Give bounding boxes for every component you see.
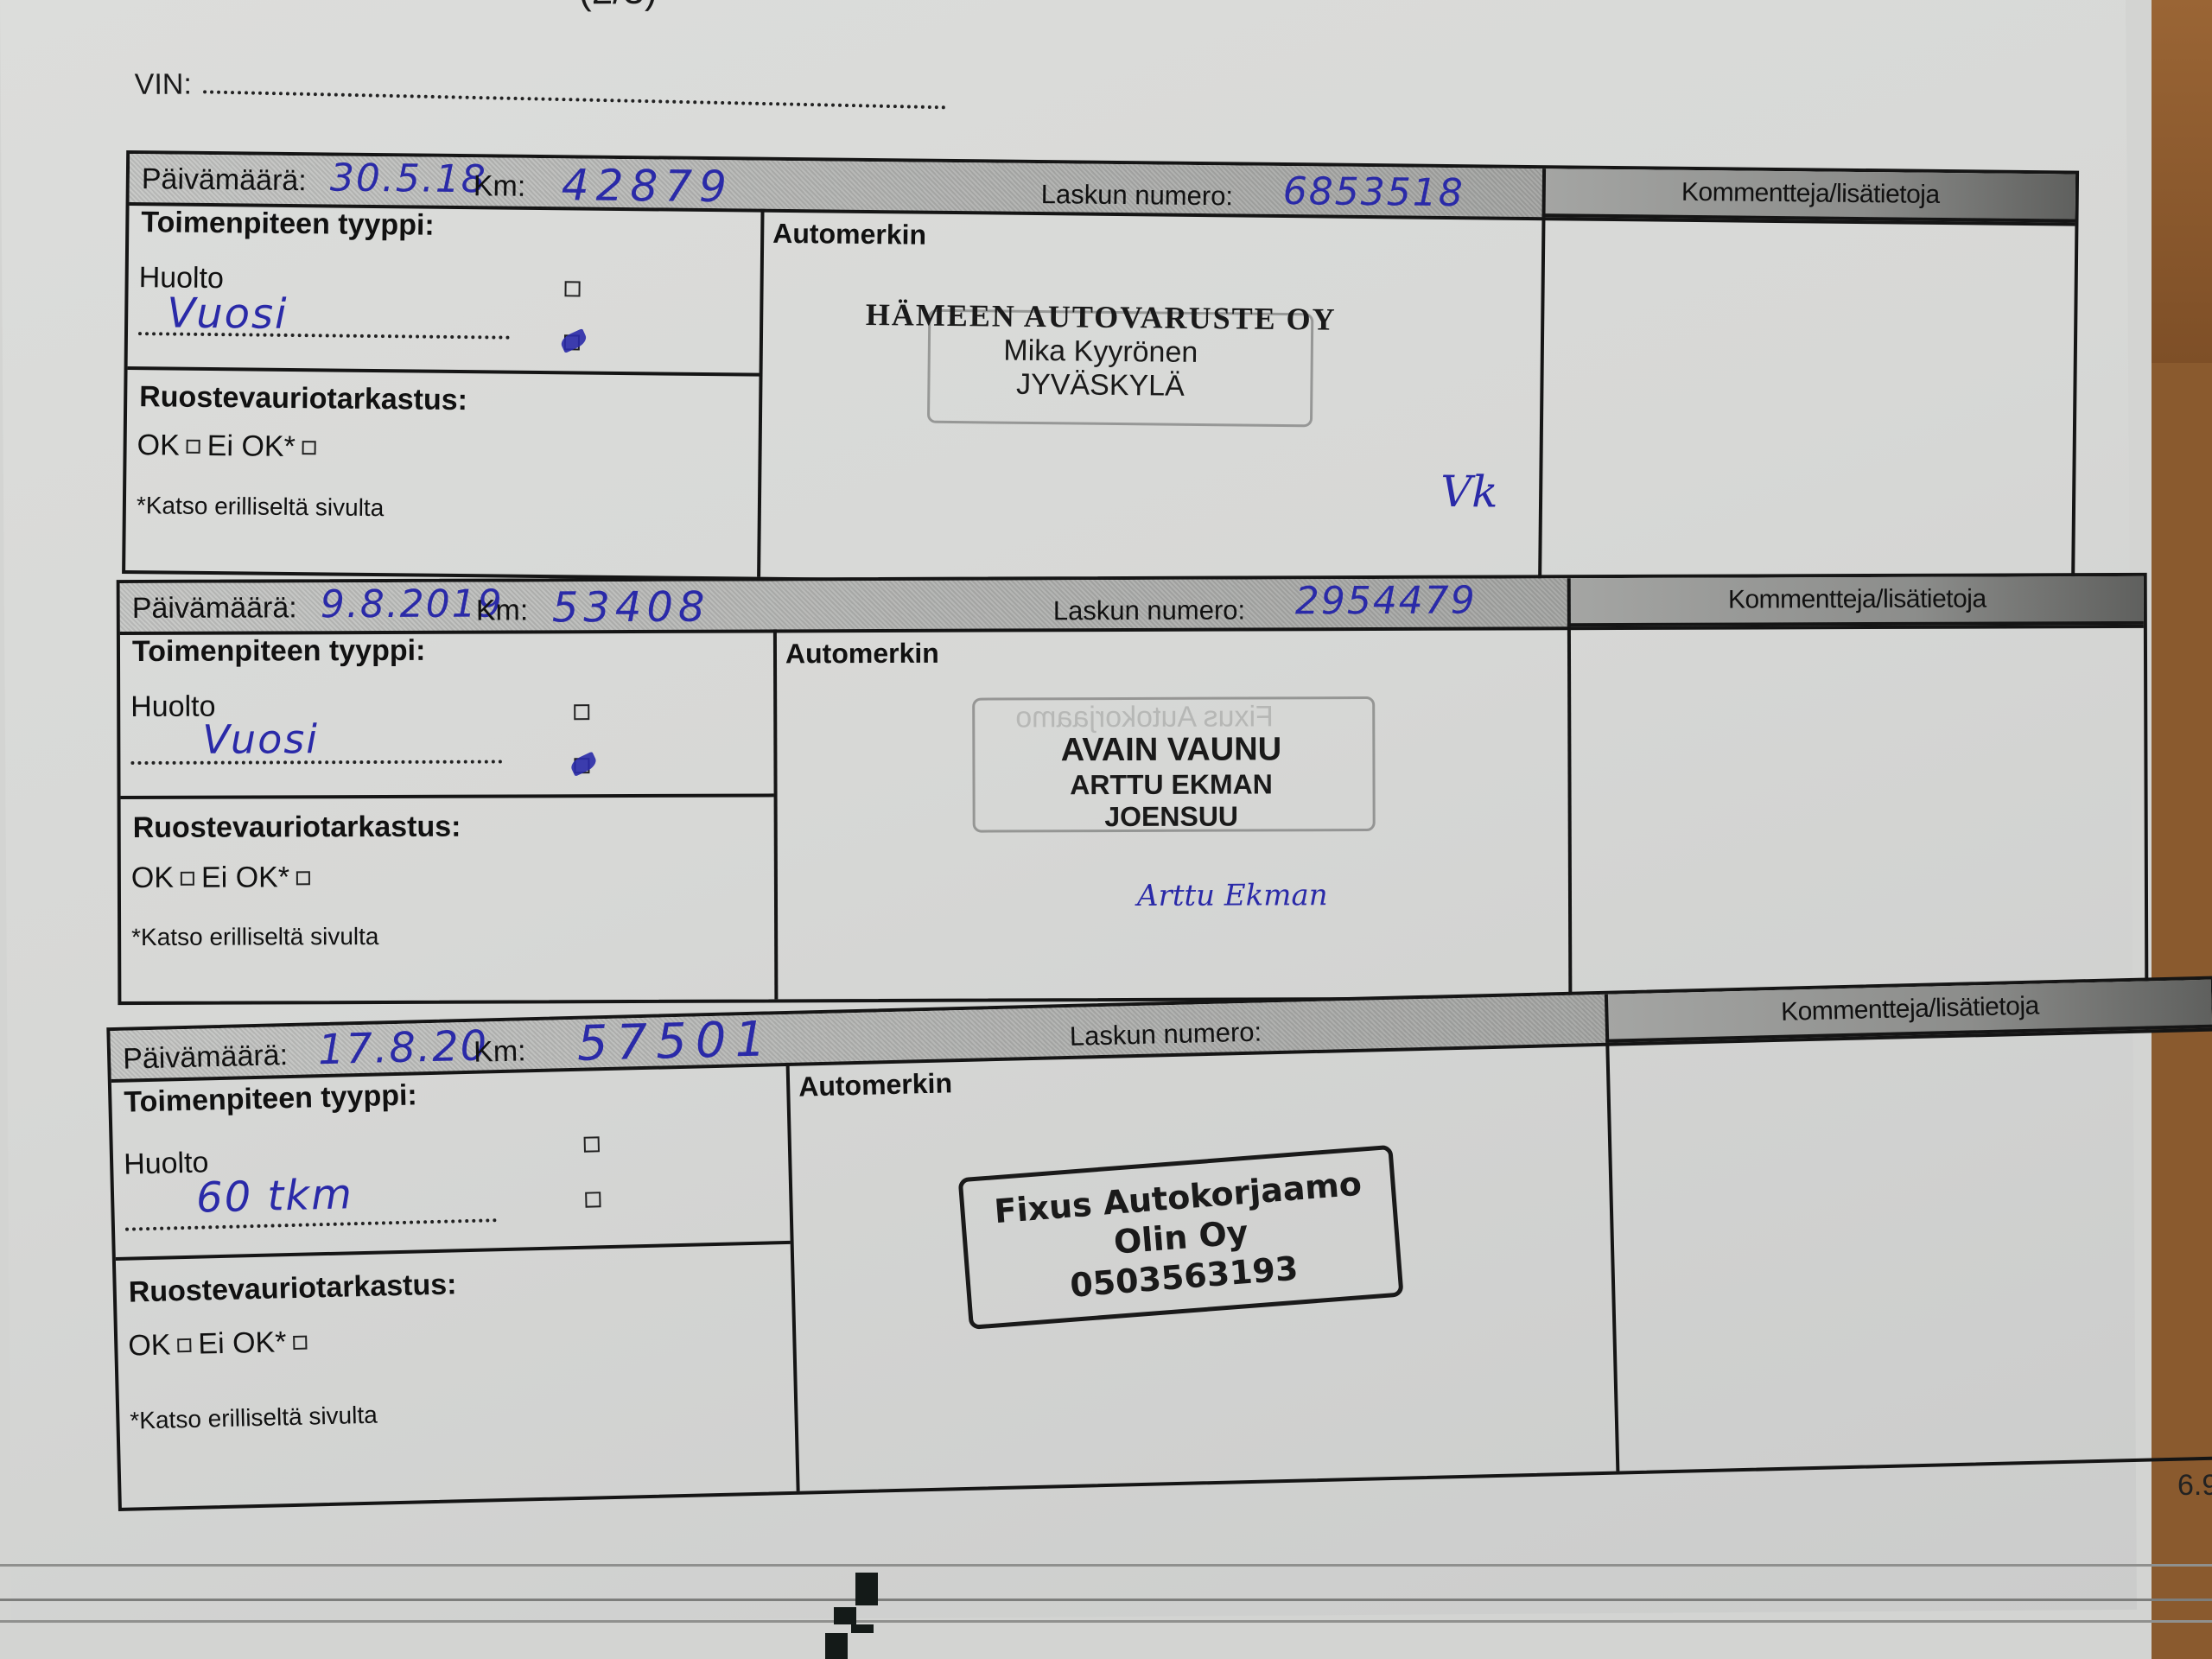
service-note[interactable]: Vuosi: [167, 289, 289, 338]
operation-column: Toimenpiteen tyyppi: Huolto 60 tkm Ruost…: [111, 1063, 800, 1508]
section-divider: [116, 1241, 791, 1261]
invoice-value[interactable]: 2954479: [1295, 579, 1477, 624]
not-ok-label: Ei OK*: [201, 861, 289, 894]
section-divider: [121, 793, 774, 799]
registration-mark: [851, 1624, 874, 1633]
service-note-line: [138, 332, 510, 340]
comments-label: Kommentteja/lisätietoja: [1681, 178, 1940, 210]
vin-row: VIN:: [135, 62, 947, 102]
date-value[interactable]: 17.8.20: [317, 1021, 489, 1074]
page-number: 6.9: [2177, 1469, 2212, 1503]
comments-area[interactable]: [1541, 217, 2075, 590]
brand-stamp-column: Automerkin HÄMEEN AUTOVARUSTE OY Mika Ky…: [757, 209, 1545, 585]
service-checkbox[interactable]: [584, 1136, 600, 1152]
rust-ok-checkbox[interactable]: [187, 439, 200, 453]
vin-label: VIN:: [135, 67, 192, 101]
operation-column: Toimenpiteen tyyppi: Huolto Vuosi Ruoste…: [120, 629, 778, 1001]
footnote: *Katso erilliseltä sivulta: [131, 923, 378, 951]
service-record-2: Päivämäärä: 9.8.2019 Km: 53408 Laskun nu…: [117, 573, 2149, 1005]
registration-mark: [825, 1633, 848, 1659]
comments-label: Kommentteja/lisätietoja: [1728, 585, 1986, 615]
operation-column: Toimenpiteen tyyppi: Huolto Vuosi Ruoste…: [125, 202, 764, 577]
brand-stamp-label: Automerkin: [772, 218, 926, 251]
not-ok-label: Ei OK*: [198, 1325, 287, 1361]
rust-check-title: Ruostevauriotarkastus:: [128, 1268, 457, 1309]
signature: Vk: [1440, 467, 1498, 518]
rust-check-options: OK Ei OK*: [128, 1325, 308, 1363]
service-note-line: [130, 760, 502, 766]
brand-stamp-label: Automerkin: [785, 638, 939, 671]
service-checkbox[interactable]: [564, 281, 580, 296]
rust-ok-checkbox[interactable]: [181, 871, 194, 885]
rust-not-ok-checkbox[interactable]: [296, 871, 310, 885]
operation-type-title: Toimenpiteen tyyppi:: [141, 206, 435, 243]
km-value[interactable]: 42879: [562, 160, 734, 212]
operation-type-title: Toimenpiteen tyyppi:: [132, 634, 426, 669]
comments-header: Kommentteja/lisätietoja: [1567, 576, 2144, 626]
service-note-checkbox[interactable]: [564, 334, 580, 350]
rust-check-title: Ruostevauriotarkastus:: [139, 380, 467, 417]
service-log-page: (2/3) VIN: Päivämäärä: 30.5.18 Km: 42879…: [0, 0, 2137, 1624]
service-note-checkbox[interactable]: [585, 1192, 601, 1207]
footnote: *Katso erilliseltä sivulta: [137, 492, 385, 522]
not-ok-label: Ei OK*: [207, 429, 296, 464]
service-record-3: Päivämäärä: 17.8.20 Km: 57501 Laskun num…: [106, 976, 2212, 1511]
date-label: Päivämäärä:: [132, 591, 297, 626]
km-label: Km:: [474, 1034, 526, 1069]
date-label: Päivämäärä:: [142, 162, 307, 198]
workshop-stamp: HÄMEEN AUTOVARUSTE OY Mika Kyyrönen JYVÄ…: [858, 296, 1343, 405]
rust-not-ok-checkbox[interactable]: [302, 441, 316, 454]
comments-area[interactable]: [1609, 1028, 2212, 1471]
invoice-label: Laskun numero:: [1041, 179, 1234, 212]
service-record-1: Päivämäärä: 30.5.18 Km: 42879 Laskun num…: [122, 150, 2079, 594]
ok-label: OK: [137, 429, 180, 463]
rust-check-title: Ruostevauriotarkastus:: [133, 810, 461, 845]
page-edge-line: [0, 1564, 2212, 1567]
km-value[interactable]: 53408: [552, 583, 710, 632]
section-divider: [128, 366, 760, 377]
page-header-fragment: (2/3): [579, 0, 658, 13]
signature: Arttu Ekman: [1137, 878, 1328, 913]
stamp-ghost-imprint: Fixus Autokorjaamo: [1015, 700, 1274, 734]
brand-stamp-column: Automerkin Fixus Autokorjaamo Olin Oy 05…: [786, 1043, 1620, 1491]
registration-mark: [834, 1607, 856, 1624]
registration-mark: [855, 1573, 878, 1605]
workshop-stamp: Fixus Autokorjaamo AVAIN VAUNU ARTTU EKM…: [981, 696, 1362, 834]
vin-field[interactable]: [203, 71, 946, 109]
comments-header: Kommentteja/lisätietoja: [1542, 168, 2076, 222]
brand-stamp-label: Automerkin: [798, 1067, 953, 1103]
rust-ok-checkbox[interactable]: [177, 1338, 191, 1351]
rust-check-options: OK Ei OK*: [137, 429, 316, 464]
date-label: Päivämäärä:: [123, 1039, 289, 1077]
km-label: Km:: [474, 169, 526, 204]
service-note-checkbox[interactable]: [574, 758, 589, 773]
service-note[interactable]: Vuosi: [202, 715, 319, 762]
brand-stamp-column: Automerkin Fixus Autokorjaamo AVAIN VAUN…: [773, 626, 1572, 999]
stamp-frame: [927, 309, 1313, 428]
service-note[interactable]: 60 tkm: [195, 1170, 353, 1222]
rust-not-ok-checkbox[interactable]: [293, 1335, 307, 1349]
page-edge-line: [0, 1599, 2212, 1601]
invoice-value[interactable]: 6853518: [1283, 169, 1465, 215]
workshop-stamp: Fixus Autokorjaamo Olin Oy 0503563193: [958, 1145, 1404, 1330]
ok-label: OK: [128, 1328, 171, 1363]
date-value[interactable]: 30.5.18: [330, 156, 487, 201]
footnote: *Katso erilliseltä sivulta: [130, 1402, 378, 1435]
comments-label: Kommentteja/lisätietoja: [1781, 992, 2039, 1027]
km-label: Km:: [476, 594, 529, 627]
operation-type-title: Toimenpiteen tyyppi:: [124, 1078, 417, 1119]
comments-area[interactable]: [1571, 625, 2145, 996]
ok-label: OK: [131, 861, 174, 895]
service-checkbox[interactable]: [574, 704, 589, 720]
invoice-label: Laskun numero:: [1069, 1017, 1262, 1052]
rust-check-options: OK Ei OK*: [131, 861, 310, 895]
invoice-label: Laskun numero:: [1053, 595, 1245, 627]
page-edge-line: [0, 1620, 2212, 1623]
service-note-line: [125, 1218, 497, 1231]
